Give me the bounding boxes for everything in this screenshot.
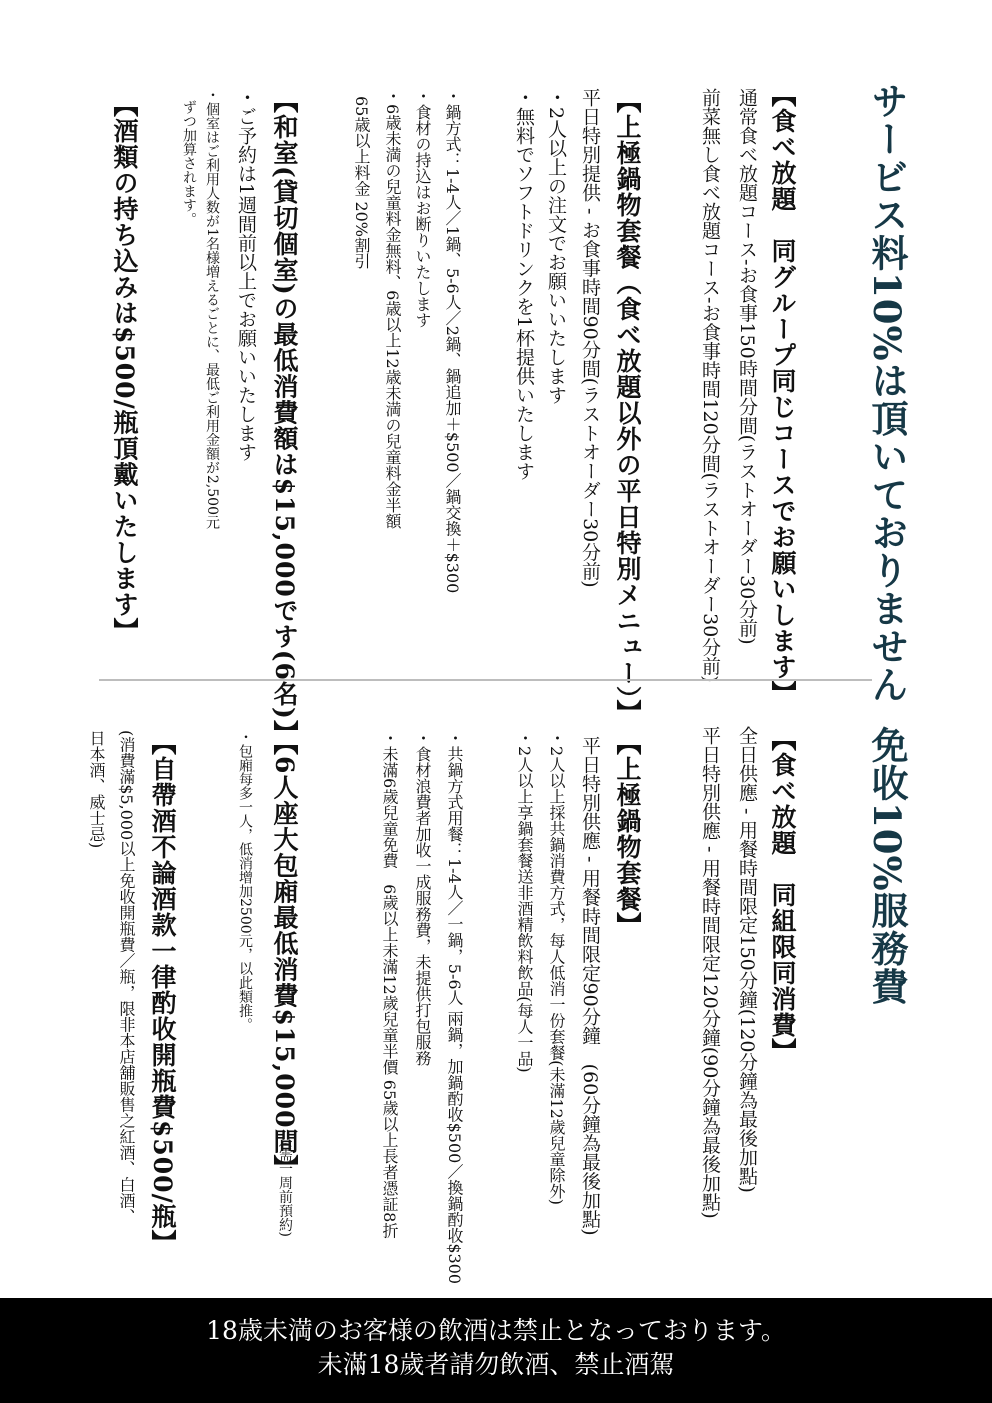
jp-jougoku-line-1: 平日特別提供 - お食事時間90分間(ラストオーダー30分前) xyxy=(580,88,599,588)
zh-corkage-heading: 【自帶酒不論酒款一律酌收開瓶費$500/瓶】 xyxy=(150,730,175,1256)
zh-corkage-line-2: 日本酒、威士忌) xyxy=(88,730,104,848)
zh-jougoku-line-2: ・2人以上採共鍋消費方式，每人低消一份套餐(未滿12歲兒童除外) xyxy=(548,730,564,1205)
jp-rules-line-4: 65歳以上料金 20%割引 xyxy=(353,96,369,269)
age-warning-footer: 18歳未満のお客様の飲酒は禁止となっております。 未滿18歲者請勿飲酒、禁止酒駕 xyxy=(0,1298,992,1403)
zh-jougoku-line-3: ・2人以上享鍋套餐送非酒精飲料飲品(每人一品) xyxy=(516,730,532,1073)
jp-washitsu-heading: 【和室(貸切個室)の最低消費額は$15,000です(6名)】 xyxy=(272,88,297,746)
zh-tabehoudai-heading: 【食べ放題 同組限同消費】 xyxy=(770,726,795,1064)
zh-rules-line-1: ・共鍋方式用餐：1-4人／一鍋，5-6人 兩鍋，加鍋酌收$500／換鍋酌收$30… xyxy=(446,730,462,1284)
jp-washitsu-line-1: ・ご予約は1週間前以上でお願いいたします xyxy=(236,88,255,461)
jp-rules-line-2: ・食材の持込はお断りいたします xyxy=(414,88,430,328)
jp-washitsu-line-2: ・個室はご利用人数が1名様増えるごとに、最低ご利用金額が2,500元 xyxy=(205,88,219,529)
jp-jougoku-line-3: ・無料でソフトドリンクを1杯提供いたします xyxy=(514,88,533,480)
jp-tabehoudai-line-1: 通常食べ放題コース-お食事150時間分間(ラストオーダー30分前) xyxy=(737,88,756,645)
jp-washitsu-line-3: ずつ加算されます。 xyxy=(182,100,196,226)
footer-line-japanese: 18歳未満のお客様の飲酒は禁止となっております。 xyxy=(0,1314,992,1348)
jp-tabehoudai-heading: 【食べ放題 同グループ同じコースでお願いします】 xyxy=(770,82,795,706)
jp-jougoku-heading: 【上極鍋物套餐（食べ放題以外の平日特別メニュー）】 xyxy=(615,88,640,726)
jp-tabehoudai-line-2: 前菜無し食べ放題コース-お食事時間120分間(ラストオーダー30分前) xyxy=(700,88,719,683)
footer-line-chinese: 未滿18歲者請勿飲酒、禁止酒駕 xyxy=(0,1348,992,1382)
zh-jougoku-heading: 【上極鍋物套餐】 xyxy=(615,730,640,938)
zh-title: 免收10%服務費 xyxy=(868,726,905,1006)
zh-room-heading: 【6人座大包廂最低消費$15,000間】 xyxy=(272,730,297,1180)
jp-alcohol-heading: 【酒類の持ち込みは$500/瓶頂戴いたします】 xyxy=(112,92,137,644)
zh-rules-line-2: ・食材浪費者加收一成服務費，未提供打包服務 xyxy=(414,730,430,1066)
jp-rules-line-3: ・6歳未満の兒童料金無料、6歳以上12歳未満の兒童料金半額 xyxy=(384,88,400,529)
zh-room-line-1: ・包廂每多一人，低消增加2500元，以此類推。 xyxy=(238,730,252,1032)
jp-title: サービス料10%は頂いておりません xyxy=(868,82,905,704)
zh-room-note: (需一周前預約) xyxy=(278,1142,292,1237)
zh-corkage-line-1: (消費滿$5,000以上免收開瓶費／瓶，限非本店舖販售之紅酒、白酒、 xyxy=(118,730,134,1224)
zh-jougoku-line-1: 平日特別供應 - 用餐時間限定90分鐘 (60分鐘為最後加點) xyxy=(580,736,599,1236)
section-divider xyxy=(99,679,872,681)
zh-tabehoudai-line-2: 平日特別供應 - 用餐時間限定120分鐘(90分鐘為最後加點) xyxy=(700,726,719,1219)
jp-jougoku-line-2: ・2人以上の注文でお願いいたします xyxy=(546,88,565,404)
jp-rules-line-1: ・鍋方式：1-4人／1鍋、5-6人／2鍋、鍋追加＋$500／鍋交換＋$300 xyxy=(444,88,460,593)
zh-rules-line-3: ・未滿6歲兒童免費 6歲以上未滿12歲兒童半價 65歲以上長者憑証8折 xyxy=(381,730,397,1238)
zh-tabehoudai-line-1: 全日供應 - 用餐時間限定150分鐘(120分鐘為最後加點) xyxy=(737,726,756,1193)
